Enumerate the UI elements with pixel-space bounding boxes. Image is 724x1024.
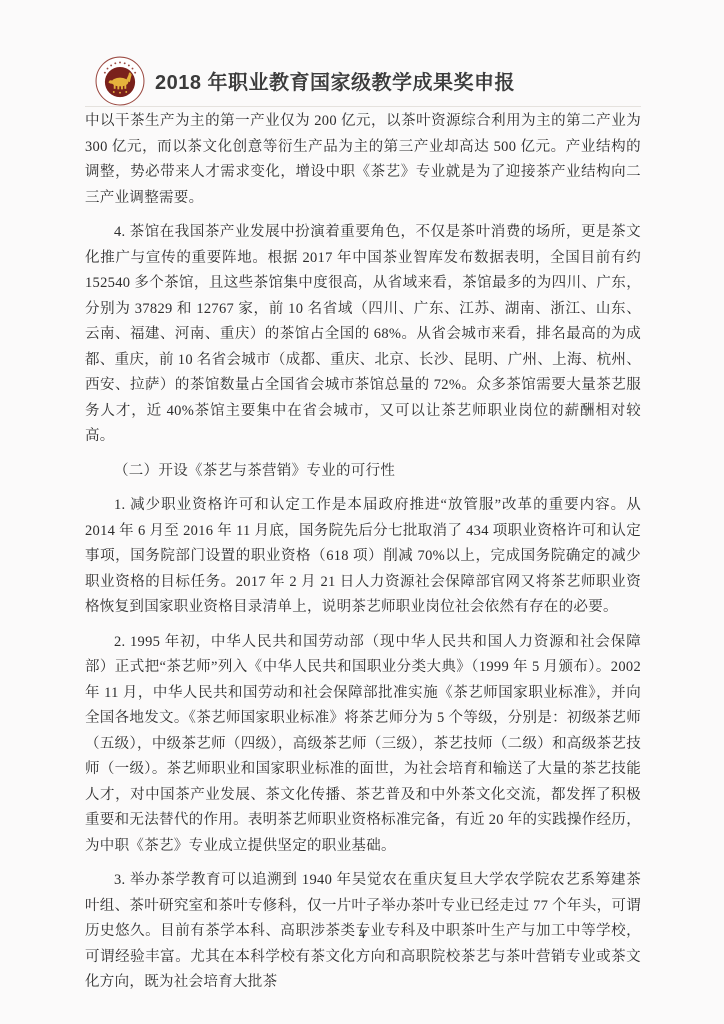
body-paragraph-teahouse: 4. 茶馆在我国茶产业发展中扮演着重要角色，不仅是茶叶消费的场所，更是茶文化推广… bbox=[85, 220, 641, 450]
page-number: 4 bbox=[359, 926, 366, 941]
award-seal-logo-icon bbox=[95, 56, 145, 106]
body-paragraph-item-2: 2. 1995 年初，中华人民共和国劳动部（现中华人民共和国人力资源和社会保障部… bbox=[85, 630, 641, 860]
page-header: 2018 年职业教育国家级教学成果奖申报 bbox=[85, 52, 641, 104]
document-body: 中以干茶生产为主的第一产业仅为 200 亿元，以茶叶资源综合利用为主的第二产业为… bbox=[85, 109, 641, 996]
document-title: 2018 年职业教育国家级教学成果奖申报 bbox=[155, 66, 515, 95]
page-footer: 4 bbox=[0, 926, 724, 942]
body-paragraph-continuation: 中以干茶生产为主的第一产业仅为 200 亿元，以茶叶资源综合利用为主的第二产业为… bbox=[85, 109, 641, 211]
header-divider bbox=[85, 106, 641, 107]
document-page: 2018 年职业教育国家级教学成果奖申报 中以干茶生产为主的第一产业仅为 200… bbox=[0, 0, 724, 1024]
section-heading-feasibility: （二）开设《茶艺与茶营销》专业的可行性 bbox=[85, 459, 641, 485]
body-paragraph-item-1: 1. 减少职业资格许可和认定工作是本届政府推进“放管服”改革的重要内容。从 20… bbox=[85, 493, 641, 621]
